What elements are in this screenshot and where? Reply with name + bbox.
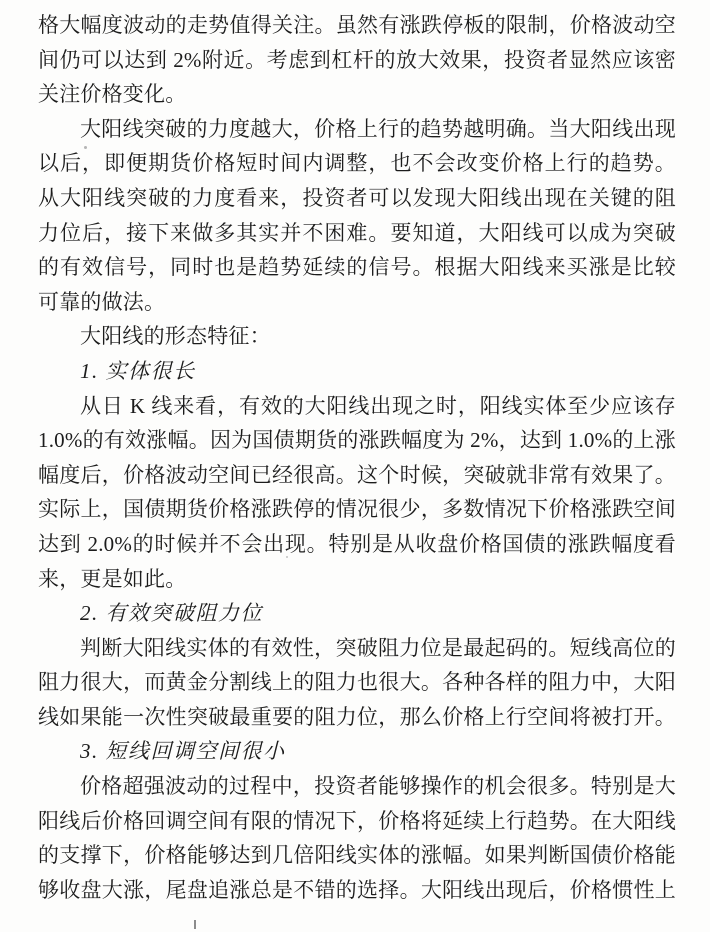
text-line: 从大阳线突破的力度看来，投资者可以发现大阳线出现在关键的阻 — [38, 181, 676, 216]
text-line: 阳线后价格回调空间有限的情况下，价格将延续上行趋势。在大阳线 — [38, 804, 676, 839]
text-line: 达到 2.0%的时候并不会出现。特别是从收盘价格国债的涨跌幅度看 — [38, 527, 676, 562]
text-line: 格大幅度波动的走势值得关注。虽然有涨跌停板的限制，价格波动空 — [38, 8, 676, 43]
text-line: 间仍可以达到 2%附近。考虑到杠杆的放大效果，投资者显然应该密切 — [38, 43, 676, 78]
text-line: 够收盘大涨，尾盘追涨总是不错的选择。大阳线出现后，价格惯性上 — [38, 873, 676, 908]
text-line: 幅度后，价格波动空间已经很高。这个时候，突破就非常有效果了。 — [38, 458, 676, 493]
text-line: 线如果能一次性突破最重要的阻力位，那么价格上行空间将被打开。 — [38, 700, 676, 735]
text-line: 关注价格变化。 — [38, 77, 676, 112]
text-line: 阻力很大，而黄金分割线上的阻力也很大。各种各样的阻力中，大阳 — [38, 665, 676, 700]
text-line: 从日 K 线来看，有效的大阳线出现之时，阳线实体至少应该存在 — [38, 389, 676, 424]
text-line: 判断大阳线实体的有效性，突破阻力位是最起码的。短线高位的 — [38, 631, 676, 666]
scan-artifact-tick — [194, 920, 196, 929]
text-line: 可靠的做法。 — [38, 285, 676, 320]
body-text: 格大幅度波动的走势值得关注。虽然有涨跌停板的限制，价格波动空 间仍可以达到 2%… — [38, 8, 676, 907]
section-heading-2: 2. 有效突破阻力位 — [38, 596, 676, 631]
text-line: 实际上，国债期货价格涨跌停的情况很少，多数情况下价格涨跌空间 — [38, 492, 676, 527]
text-line: 力位后，接下来做多其实并不困难。要知道，大阳线可以成为突破 — [38, 216, 676, 251]
section-heading-3: 3. 短线回调空间很小 — [38, 734, 676, 769]
text-line: 价格超强波动的过程中，投资者能够操作的机会很多。特别是大 — [38, 769, 676, 804]
scan-artifact-speck — [84, 146, 87, 149]
text-line: 大阳线突破的力度越大，价格上行的趋势越明确。当大阳线出现 — [38, 112, 676, 147]
text-line: 来，更是如此。 — [38, 562, 676, 597]
document-page: 格大幅度波动的走势值得关注。虽然有涨跌停板的限制，价格波动空 间仍可以达到 2%… — [0, 0, 710, 932]
text-line: 以后，即便期货价格短时间内调整，也不会改变价格上行的趋势。 — [38, 146, 676, 181]
text-line: 1.0%的有效涨幅。因为国债期货的涨跌幅度为 2%，达到 1.0%的上涨 — [38, 423, 676, 458]
text-line: 的支撑下，价格能够达到几倍阳线实体的涨幅。如果判断国债价格能 — [38, 838, 676, 873]
text-line: 大阳线的形态特征： — [38, 319, 676, 354]
scan-artifact-speck — [286, 556, 288, 558]
section-heading-1: 1. 实体很长 — [38, 354, 676, 389]
text-line: 的有效信号，同时也是趋势延续的信号。根据大阳线来买涨是比较 — [38, 250, 676, 285]
